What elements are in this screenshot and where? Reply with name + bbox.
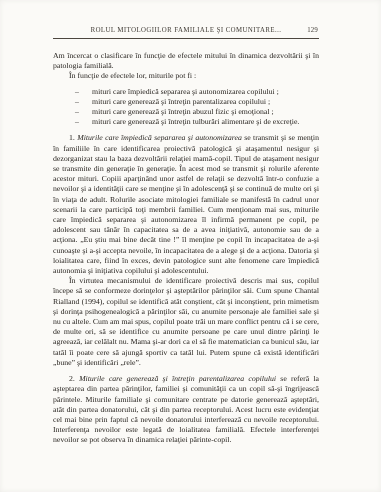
dash-bullet: – (75, 97, 92, 107)
paragraph-text: Am încercat o clasificare în funcţie de … (53, 51, 319, 70)
paragraph: În funcţie de efectele lor, miturile pot… (53, 71, 319, 81)
paragraph-text: se transmit şi se menţin în familiile în… (53, 133, 319, 275)
page-number: 129 (307, 27, 318, 34)
page-content: ROLUL MITOLOGIILOR FAMILIALE ŞI COMUNITA… (53, 27, 319, 446)
paragraph: 2. Miturile care generează şi întreţin p… (53, 374, 319, 445)
list-item: –mituri care generează şi întreţin abuzu… (53, 107, 319, 117)
paragraph: Am încercat o clasificare în funcţie de … (53, 51, 319, 71)
dash-bullet: – (75, 117, 92, 127)
list-item: –mituri care generează şi întreţin tulbu… (53, 117, 319, 127)
header-title: ROLUL MITOLOGIILOR FAMILIALE ŞI COMUNITA… (91, 27, 282, 34)
paragraph: În virtutea mecanismului de identificare… (53, 276, 319, 368)
list-item: –mituri care împiedică separarea şi auto… (53, 87, 319, 97)
paragraph-lead-italic: Miturile care generează şi întreţin pare… (79, 374, 276, 383)
paragraph-text: În funcţie de efectele lor, miturile pot… (69, 71, 196, 80)
list-item-text: mituri care generează şi întreţin abuzul… (92, 107, 319, 117)
list-item-text: mituri care generează şi întreţin tulbur… (92, 117, 319, 127)
paragraph-text: În virtutea mecanismului de identificare… (53, 276, 319, 367)
paragraph-lead-italic: Miturile care împiedică separarea şi aut… (77, 133, 242, 142)
dash-bullet: – (75, 87, 92, 97)
list-item-text: mituri care generează şi întreţin parent… (92, 97, 319, 107)
paragraph: 1. Miturile care împiedică separarea şi … (53, 133, 319, 276)
book-page: ROLUL MITOLOGIILOR FAMILIALE ŞI COMUNITA… (0, 0, 381, 492)
list-item-text: mituri care împiedică separarea şi auton… (92, 87, 319, 97)
dash-bullet: – (75, 107, 92, 117)
list-item: –mituri care generează şi întreţin paren… (53, 97, 319, 107)
paragraph-text: 1. (69, 133, 77, 142)
paragraph-text: se referă la aşteptarea din partea părin… (53, 374, 319, 444)
myth-effects-list: –mituri care împiedică separarea şi auto… (53, 87, 319, 128)
body-text: Am încercat o clasificare în funcţie de … (53, 51, 319, 446)
paragraph-text: 2. (69, 374, 79, 383)
header-rule (53, 38, 319, 39)
running-header: ROLUL MITOLOGIILOR FAMILIALE ŞI COMUNITA… (53, 27, 319, 37)
